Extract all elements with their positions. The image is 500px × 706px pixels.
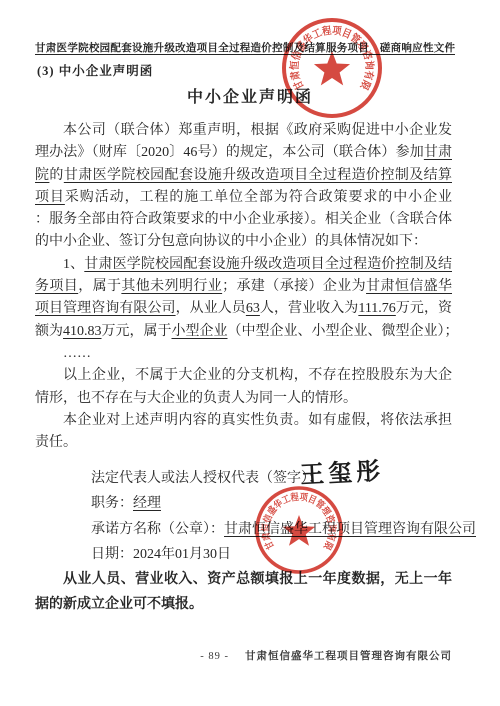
underlined-field-text: 其他未列明行业 (121, 279, 222, 294)
star-icon (314, 51, 350, 85)
text-line: ：服务全部由符合政策要求的中小企业承接）。相关企业（含联合体中 (35, 209, 452, 231)
text-segment: 本企业对上述声明内容的真实性负责。如有虚假，将依法承担相应 (35, 413, 452, 432)
text-line: 日期：2024年01月30日 (35, 542, 452, 567)
text-segment: ，属于 (78, 279, 121, 294)
text-segment: 采购活动，工程的施工单位全部为符合政策要求的中小企业（或者 (35, 190, 452, 209)
text-segment: 职务： (91, 496, 133, 511)
section-label: (3) 中小企业声明函 (37, 61, 153, 79)
body-lines: 本公司（联合体）郑重声明，根据《政府采购促进中小企业发展管理办法》（财库〔202… (35, 120, 452, 454)
text-segment: …… (63, 346, 91, 361)
text-line: 以上企业，不属于大企业的分支机构，不存在控股股东为大企业的 (35, 365, 452, 387)
underlined-field-text: 410.83 (63, 324, 102, 339)
page-footer: - 89 -甘肃恒信盛华工程项目管理咨询有限公司 (35, 648, 452, 663)
company-seal-top-icon: 甘肃恒信盛华工程项目管理咨询有限公司 (277, 13, 387, 123)
text-line: 职务：经理 (35, 491, 452, 516)
text-segment: 的 (49, 168, 63, 183)
document-header-line: 甘肃医学院校园配套设施升级改造项目全过程造价控制及结算服务项目 磋商响应性文件 (35, 42, 455, 56)
text-segment: ，从业人员 (176, 301, 246, 316)
company-seal-bottom-icon: 甘肃恒信盛华工程项目管理咨询有限公司 (249, 480, 349, 580)
text-segment: 据的新成立企业可不填报。 (35, 597, 203, 612)
text-line: 理办法》（财库〔2020〕46号）的规定，本公司（联合体）参加甘肃医学 (35, 142, 452, 164)
document-page: 甘肃医学院校园配套设施升级改造项目全过程造价控制及结算服务项目 磋商响应性文件 … (0, 0, 500, 706)
text-line: 本公司（联合体）郑重声明，根据《政府采购促进中小企业发展管 (35, 120, 452, 142)
text-segment: 以上企业，不属于大企业的分支机构，不存在控股股东为大企业的 (35, 368, 452, 387)
text-segment: 额为 (35, 324, 63, 339)
underlined-field-text: 111.76 (358, 301, 395, 316)
text-line: 额为410.83万元，属于小型企业（中型企业、小型企业、微型企业）； (35, 321, 452, 343)
text-segment: 责任。 (35, 435, 77, 450)
text-line: 法定代表人或法人授权代表（签字）： (35, 466, 452, 491)
text-line: 情形，也不存在与大企业的负责人为同一人的情形。 (35, 388, 452, 410)
text-line: 项目采购活动，工程的施工单位全部为符合政策要求的中小企业（或者 (35, 187, 452, 209)
text-segment: 1、 (63, 257, 84, 272)
star-icon (283, 515, 315, 546)
text-segment: 情形，也不存在与大企业的负责人为同一人的情形。 (35, 391, 357, 406)
text-line: 项目管理咨询有限公司，从业人员63人，营业收入为111.76万元，资产总 (35, 298, 452, 320)
text-segment: ；承建（承接）企业为 (222, 279, 366, 294)
underlined-field-text: 甘肃医学院校园配套设施升级改造项目全过程造价控制及结算服务 (35, 168, 452, 187)
text-segment: 人，营业收入为 (260, 301, 358, 316)
text-line: 本企业对上述声明内容的真实性负责。如有虚假，将依法承担相应 (35, 410, 452, 432)
underlined-field-text: 63 (246, 301, 260, 316)
underlined-field-text: 甘肃医学院校园配套设施升级改造项目全过程造价控制及结算服 (35, 257, 452, 276)
closing-lines: 法定代表人或法人授权代表（签字）：职务：经理承诺方名称（公章）：甘肃恒信盛华工程… (35, 466, 452, 618)
text-segment: 承诺方名称（公章）： (91, 522, 224, 537)
text-segment: 的中小企业、签订分包意向协议的中小企业）的具体情况如下： (35, 234, 427, 249)
text-line: …… (35, 343, 452, 365)
text-line: 的中小企业、签订分包意向协议的中小企业）的具体情况如下： (35, 231, 452, 253)
text-line: 承诺方名称（公章）：甘肃恒信盛华工程项目管理咨询有限公司 (35, 517, 452, 542)
text-segment: （中型企业、小型企业、微型企业）； (228, 324, 459, 339)
text-segment: 日期：2024年01月30日 (91, 547, 231, 562)
underlined-field-text: 项目 (35, 190, 65, 205)
underlined-field-text: 务项目 (35, 279, 78, 294)
text-line: 责任。 (35, 432, 452, 454)
text-segment: 从业人员、营业收入、资产总额填报上一年度数据，无上一年度数 (35, 572, 452, 592)
text-line: 1、甘肃医学院校园配套设施升级改造项目全过程造价控制及结算服 (35, 254, 452, 276)
text-segment: 万元，属于 (102, 324, 172, 339)
page-number: - 89 - (200, 651, 229, 662)
underlined-field-text: 院 (35, 168, 49, 183)
text-segment: 理办法》（财库〔2020〕46号）的规定，本公司（联合体）参加 (35, 145, 424, 160)
text-segment: 本公司（联合体）郑重声明，根据《政府采购促进中小企业发展管 (35, 123, 452, 142)
underlined-field-text: 小型企业 (172, 324, 228, 339)
header-text: 甘肃医学院校园配套设施升级改造项目全过程造价控制及结算服务项目 磋商响应性文件 (35, 43, 455, 54)
text-line: 院的甘肃医学院校园配套设施升级改造项目全过程造价控制及结算服务 (35, 165, 452, 187)
underlined-field-text: 经理 (133, 496, 161, 511)
text-line: 据的新成立企业可不填报。 (35, 592, 452, 617)
text-line: 从业人员、营业收入、资产总额填报上一年度数据，无上一年度数 (35, 567, 452, 592)
text-segment: ：服务全部由符合政策要求的中小企业承接）。相关企业（含联合体中 (35, 212, 452, 231)
text-line: 务项目，属于其他未列明行业；承建（承接）企业为甘肃恒信盛华工程 (35, 276, 452, 298)
underlined-field-text: 项目管理咨询有限公司 (35, 301, 176, 316)
footer-company: 甘肃恒信盛华工程项目管理咨询有限公司 (245, 651, 452, 662)
page-title: 中小企业声明函 (0, 84, 500, 107)
